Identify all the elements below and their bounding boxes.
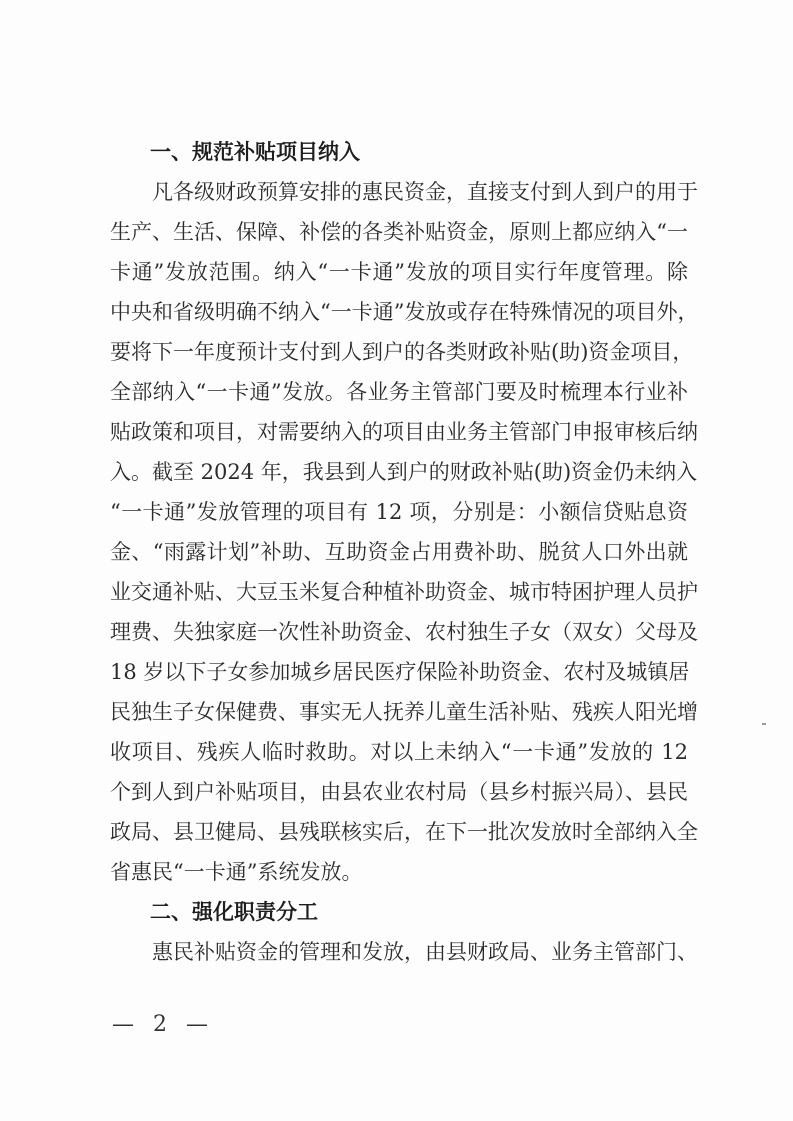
paragraph-line: 理费、失独家庭一次性补助资金、农村独生子女（双女）父母及: [110, 619, 688, 645]
paragraph-line: 凡各级财政预算安排的惠民资金，直接支付到人到户的用于: [152, 179, 688, 205]
paragraph-line: “一卡通”发放管理的项目有 12 项，分别是：小额信贷贴息资: [110, 499, 688, 525]
paragraph-line: 贴政策和项目，对需要纳入的项目由业务主管部门申报审核后纳: [110, 419, 688, 445]
paragraph-line: 业交通补贴、大豆玉米复合种植补助资金、城市特困护理人员护: [110, 579, 688, 605]
section-heading-2: 二、强化职责分工: [150, 899, 318, 925]
paragraph-line: 收项目、残疾人临时救助。对以上未纳入“一卡通”发放的 12: [110, 739, 688, 765]
paragraph-line: 民独生子女保健费、事实无人抚养儿童生活补贴、残疾人阳光增: [110, 699, 688, 725]
paragraph-line: 卡通”发放范围。纳入“一卡通”发放的项目实行年度管理。除: [110, 259, 688, 285]
paragraph-line: 中央和省级明确不纳入“一卡通”发放或存在特殊情况的项目外，: [110, 299, 688, 325]
paragraph-line: 个到人到户补贴项目，由县农业农村局（县乡村振兴局）、县民: [110, 779, 688, 805]
paragraph-line: 要将下一年度预计支付到人到户的各类财政补贴(助)资金项目，: [110, 339, 688, 365]
section-heading-1: 一、规范补贴项目纳入: [150, 139, 360, 165]
paragraph-line: 金、“雨露计划”补助、互助资金占用费补助、脱贫人口外出就: [110, 539, 688, 565]
paragraph-line: 惠民补贴资金的管理和发放，由县财政局、业务主管部门、: [152, 939, 688, 965]
page-number: — 2 —: [112, 1012, 214, 1037]
paragraph-line: 政局、县卫健局、县残联核实后，在下一批次发放时全部纳入全: [110, 819, 688, 845]
paragraph-line: 18 岁以下子女参加城乡居民医疗保险补助资金、农村及城镇居: [110, 659, 688, 685]
document-page: 一、规范补贴项目纳入 凡各级财政预算安排的惠民资金，直接支付到人到户的用于 生产…: [0, 0, 793, 1121]
paragraph-line: 省惠民“一卡通”系统发放。: [110, 859, 688, 885]
paragraph-line: 入。截至 2024 年，我县到人到户的财政补贴(助)资金仍未纳入: [110, 459, 688, 485]
paragraph-line: 生产、生活、保障、补偿的各类补贴资金，原则上都应纳入“一: [110, 219, 688, 245]
scan-artifact: [762, 723, 766, 725]
paragraph-line: 全部纳入“一卡通”发放。各业务主管部门要及时梳理本行业补: [110, 379, 688, 405]
